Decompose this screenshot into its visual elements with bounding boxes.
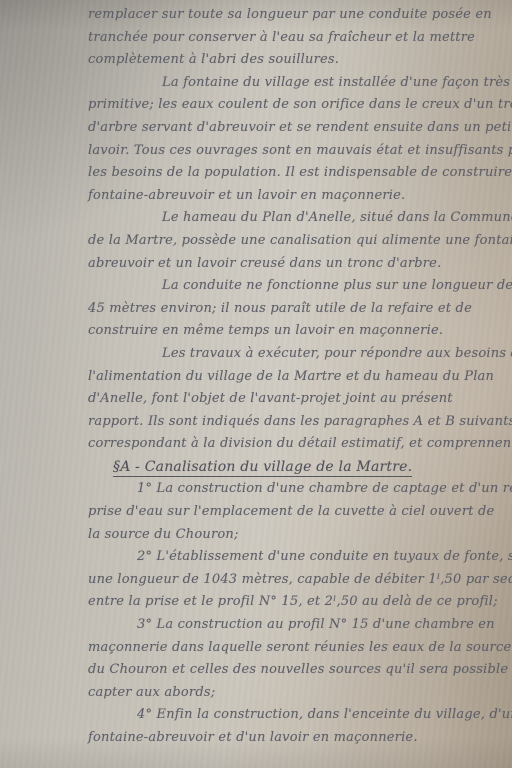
manuscript-line-numbered-item: 4° Enfin la construction, dans l'enceint…: [0, 704, 512, 727]
manuscript-line: 45 mètres environ; il nous paraît utile …: [0, 298, 512, 321]
manuscript-line: fontaine-abreuvoir et d'un lavoir en maç…: [0, 727, 512, 750]
manuscript-line: entre la prise et le profil N° 15, et 2ˡ…: [0, 591, 512, 614]
section-heading: §A - Canalisation du village de la Martr…: [0, 456, 512, 479]
manuscript-line: abreuvoir et un lavoir creusé dans un tr…: [0, 253, 512, 276]
manuscript-line: les besoins de la population. Il est ind…: [0, 162, 512, 185]
manuscript-line: Les travaux à exécuter, pour répondre au…: [0, 343, 512, 366]
manuscript-line: La fontaine du village est installée d'u…: [0, 72, 512, 95]
manuscript-line: correspondant à la division du détail es…: [0, 433, 512, 456]
manuscript-line: La conduite ne fonctionne plus sur une l…: [0, 275, 512, 298]
manuscript-line: la source du Chouron;: [0, 524, 512, 547]
manuscript-line-numbered-item: 2° L'établissement d'une conduite en tuy…: [0, 546, 512, 569]
manuscript-line: capter aux abords;: [0, 682, 512, 705]
manuscript-line: tranchée pour conserver à l'eau sa fraîc…: [0, 27, 512, 50]
manuscript-line: Le hameau du Plan d'Anelle, situé dans l…: [0, 207, 512, 230]
manuscript-line: fontaine-abreuvoir et un lavoir en maçon…: [0, 185, 512, 208]
manuscript-line: maçonnerie dans laquelle seront réunies …: [0, 637, 512, 660]
manuscript-line: primitive; les eaux coulent de son orifi…: [0, 94, 512, 117]
manuscript-line: lavoir. Tous ces ouvrages sont en mauvai…: [0, 140, 512, 163]
manuscript-line: l'alimentation du village de la Martre e…: [0, 366, 512, 389]
section-heading-text: §A - Canalisation du village de la Martr…: [113, 459, 412, 477]
manuscript-text-block: remplacer sur toute sa longueur par une …: [0, 4, 512, 750]
manuscript-line: une longueur de 1043 mètres, capable de …: [0, 569, 512, 592]
manuscript-line-numbered-item: 3° La construction au profil N° 15 d'une…: [0, 614, 512, 637]
manuscript-line: du Chouron et celles des nouvelles sourc…: [0, 659, 512, 682]
manuscript-line-numbered-item: 1° La construction d'une chambre de capt…: [0, 478, 512, 501]
manuscript-page: remplacer sur toute sa longueur par une …: [0, 0, 512, 768]
manuscript-line: d'arbre servant d'abreuvoir et se renden…: [0, 117, 512, 140]
manuscript-line: rapport. Ils sont indiqués dans les para…: [0, 411, 512, 434]
manuscript-line: remplacer sur toute sa longueur par une …: [0, 4, 512, 27]
manuscript-line: prise d'eau sur l'emplacement de la cuve…: [0, 501, 512, 524]
manuscript-line: complètement à l'abri des souillures.: [0, 49, 512, 72]
manuscript-line: d'Anelle, font l'objet de l'avant-projet…: [0, 388, 512, 411]
manuscript-line: construire en même temps un lavoir en ma…: [0, 320, 512, 343]
manuscript-line: de la Martre, possède une canalisation q…: [0, 230, 512, 253]
